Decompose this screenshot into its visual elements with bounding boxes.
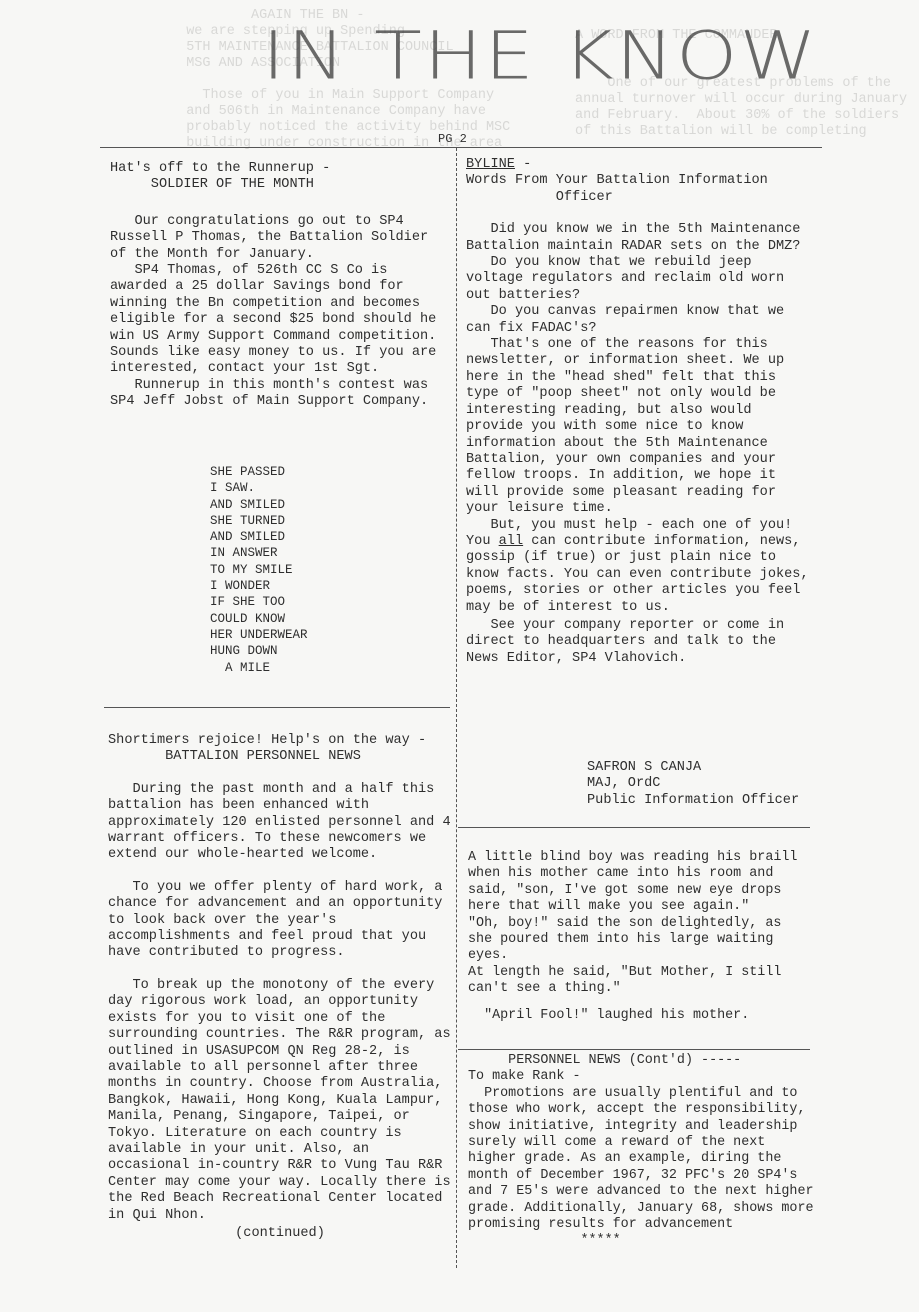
- poem-line: HUNG DOWN: [210, 643, 308, 659]
- divider-left-1: [104, 707, 450, 708]
- poem-line: IN ANSWER: [210, 545, 308, 561]
- personnel-para-2: To you we offer plenty of hard work, a c…: [108, 880, 452, 962]
- soldier-subheadline: SOLDIER OF THE MONTH: [110, 177, 450, 193]
- signature-name: SAFRON S CANJA: [587, 760, 799, 776]
- poem-line: HER UNDERWEAR: [210, 627, 308, 643]
- poem-line: SHE TURNED: [210, 513, 308, 529]
- byline-para-3: Do you canvas repairmen know that we can…: [466, 304, 814, 337]
- soldier-of-month-article: Hat's off to the Runnerup - SOLDIER OF T…: [110, 161, 450, 411]
- signature-title: Public Information Officer: [587, 793, 799, 809]
- byline-para-2: Do you know that we rebuild jeep voltage…: [466, 255, 814, 304]
- joke-line: said, "son, I've got some new eye drops: [468, 883, 818, 899]
- byline-headline-2: Officer: [466, 190, 814, 206]
- joke-line: here that will make you see again.": [468, 899, 818, 915]
- byline-para-5: But, you must help - each one of you! Yo…: [466, 518, 814, 616]
- poem-line: AND SMILED: [210, 529, 308, 545]
- personnel-headline: Shortimers rejoice! Help's on the way -: [108, 733, 452, 749]
- byline-article: BYLINE - Words From Your Battalion Infor…: [466, 157, 814, 667]
- joke-punchline: "April Fool!" laughed his mother.: [468, 1008, 818, 1024]
- personnel-cont-subhead: To make Rank -: [468, 1069, 814, 1085]
- poem-line: IF SHE TOO: [210, 594, 308, 610]
- continued-label: (continued): [108, 1226, 452, 1242]
- poem-line: SHE PASSED: [210, 464, 308, 480]
- personnel-news-article: Shortimers rejoice! Help's on the way - …: [108, 733, 452, 1242]
- byline-para-1: Did you know we in the 5th Maintenance B…: [466, 222, 814, 255]
- byline-headline: Words From Your Battalion Information: [466, 173, 814, 189]
- joke-line: when his mother came into his room and: [468, 866, 818, 882]
- joke-line: she poured them into his large waiting: [468, 932, 818, 948]
- personnel-cont-paragraph: Promotions are usually plentiful and to …: [468, 1086, 814, 1234]
- joke-line: A little blind boy was reading his brail…: [468, 850, 818, 866]
- personnel-news-continued: PERSONNEL NEWS (Cont'd) ----- To make Ra…: [468, 1053, 814, 1250]
- soldier-headline: Hat's off to the Runnerup -: [110, 161, 450, 177]
- poem-line: I WONDER: [210, 578, 308, 594]
- personnel-para-1: During the past month and a half this ba…: [108, 782, 452, 864]
- joke-line: can't see a thing.": [468, 981, 818, 997]
- personnel-subheadline: BATTALION PERSONNEL NEWS: [108, 749, 452, 765]
- poem: SHE PASSED I SAW. AND SMILED SHE TURNED …: [210, 464, 308, 676]
- page-number: PG 2: [438, 132, 467, 146]
- byline-para-6: See your company reporter or come in dir…: [466, 618, 814, 667]
- soldier-para-2: SP4 Thomas, of 526th CC S Co is awarded …: [110, 263, 450, 378]
- joke-line: At length he said, "But Mother, I still: [468, 965, 818, 981]
- poem-line: AND SMILED: [210, 497, 308, 513]
- byline-para-4: That's one of the reasons for this newsl…: [466, 337, 814, 517]
- byline-kicker: BYLINE: [466, 157, 515, 172]
- end-mark: *****: [468, 1233, 814, 1249]
- divider-right-2: [458, 1049, 810, 1050]
- joke-line: eyes.: [468, 948, 818, 964]
- soldier-para-3: Runnerup in this month's contest was SP4…: [110, 378, 450, 411]
- joke-line: "Oh, boy!" said the son delightedly, as: [468, 916, 818, 932]
- column-divider: [456, 148, 457, 1268]
- soldier-para-1: Our congratulations go out to SP4 Russel…: [110, 214, 450, 263]
- personnel-cont-headline: PERSONNEL NEWS (Cont'd) -----: [468, 1053, 814, 1069]
- poem-line: A MILE: [210, 660, 308, 676]
- divider-right-1: [458, 827, 810, 828]
- byline-kicker-line: BYLINE -: [466, 157, 814, 173]
- poem-line: I SAW.: [210, 480, 308, 496]
- signature-block: SAFRON S CANJA MAJ, OrdC Public Informat…: [587, 760, 799, 809]
- signature-rank: MAJ, OrdC: [587, 776, 799, 792]
- joke-article: A little blind boy was reading his brail…: [468, 850, 818, 1024]
- poem-line: TO MY SMILE: [210, 562, 308, 578]
- masthead-rule: [100, 147, 822, 148]
- personnel-para-3: To break up the monotony of the every da…: [108, 978, 452, 1224]
- poem-line: COULD KNOW: [210, 611, 308, 627]
- masthead-title: IN THE KNOW: [262, 18, 819, 95]
